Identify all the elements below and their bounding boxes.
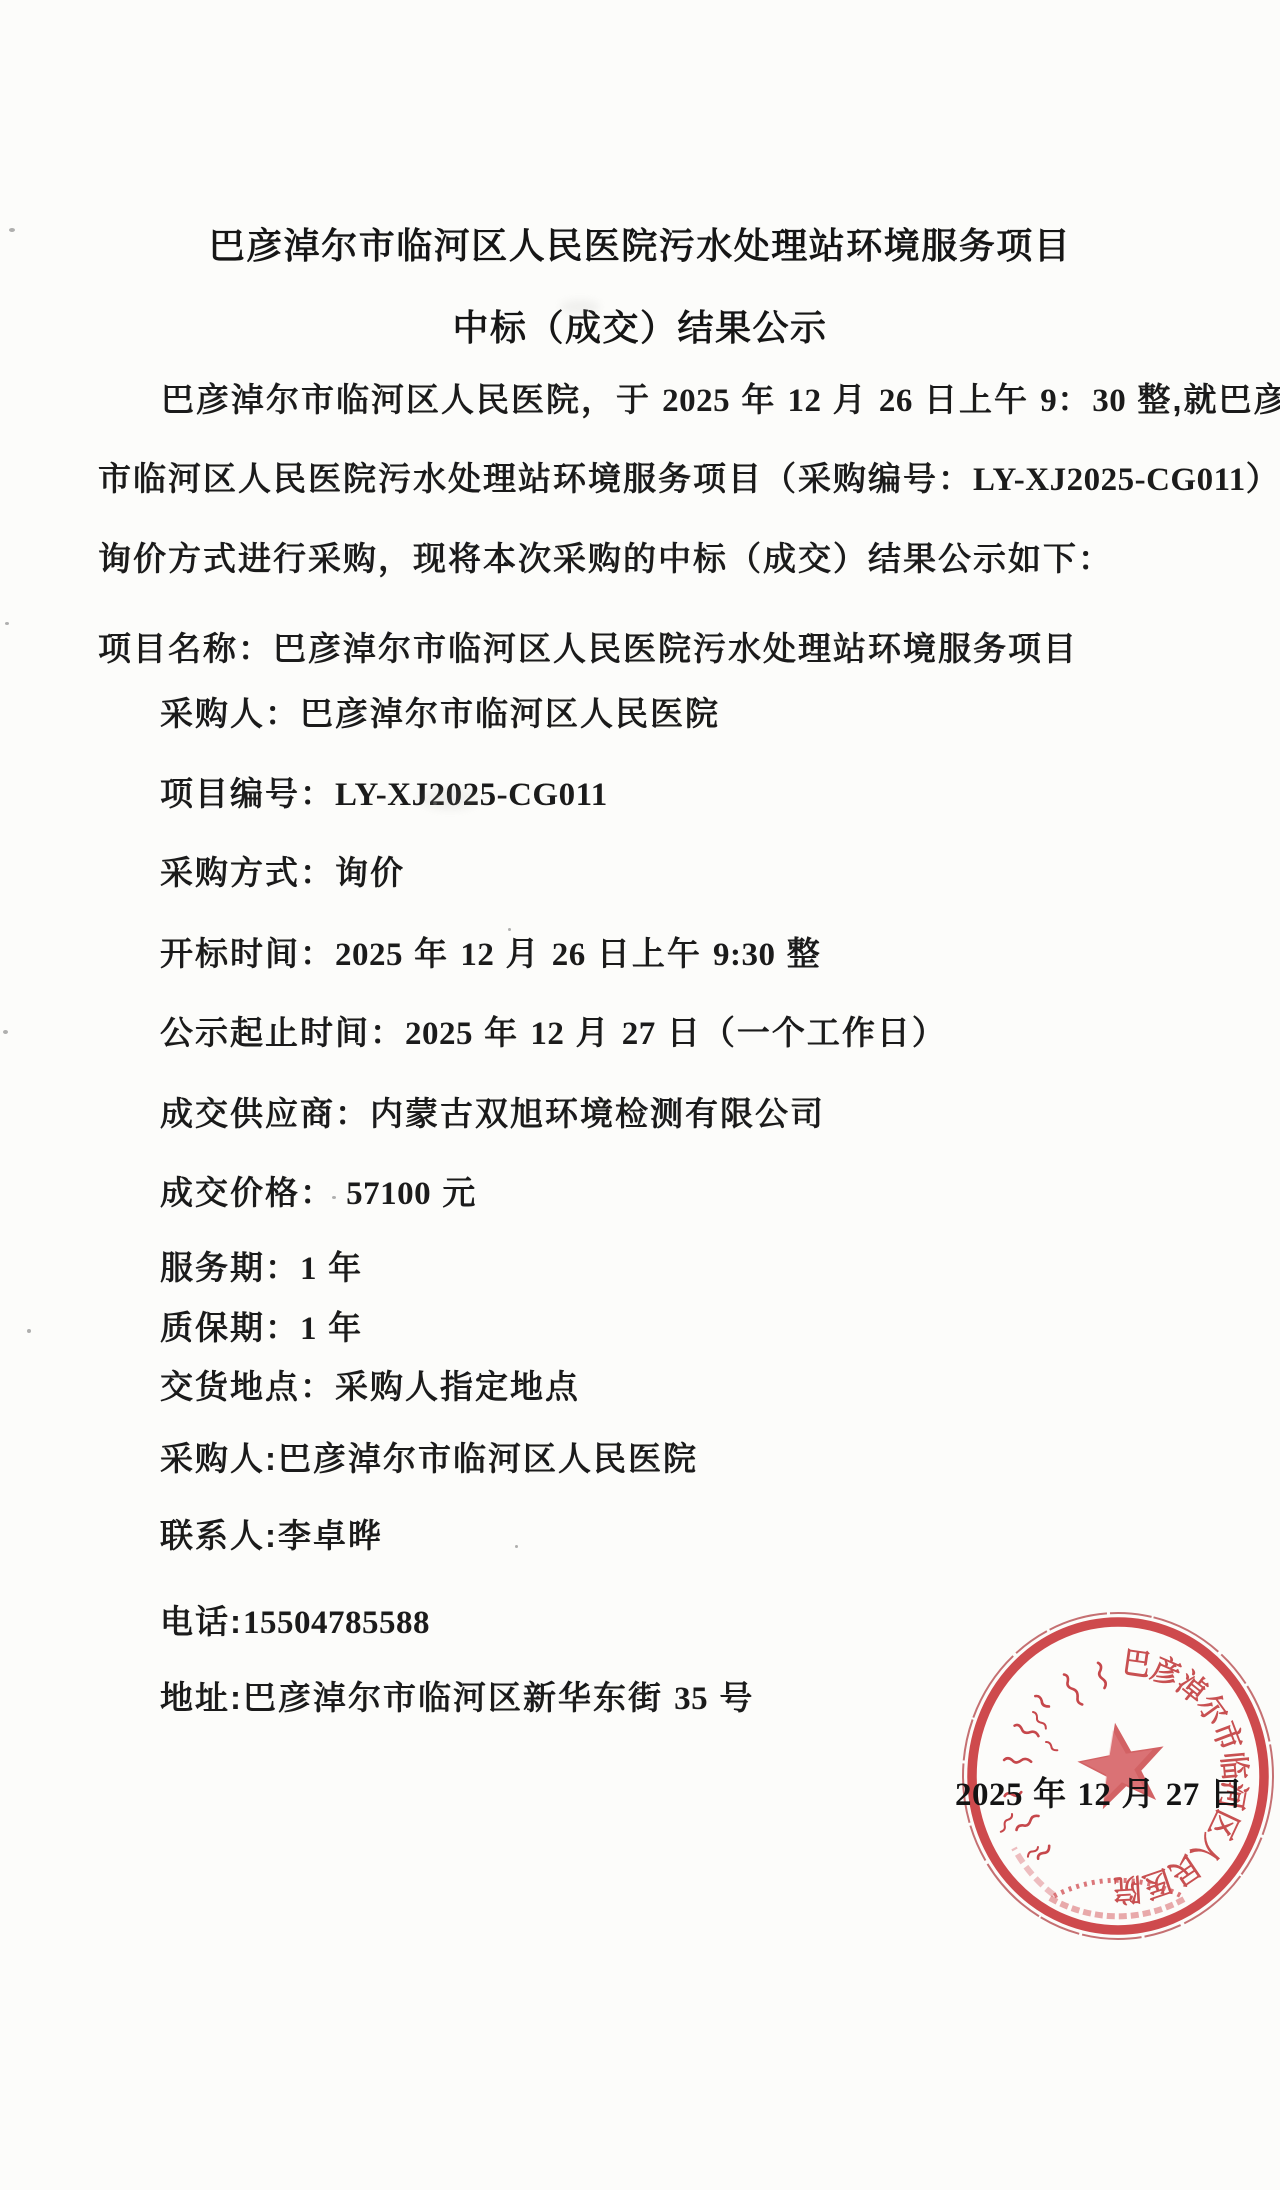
scanned-document-page: 巴彦淖尔市临河区人民医院污水处理站环境服务项目 中标（成交）结果公示 巴彦淖尔市…: [0, 0, 1280, 2190]
field-purchaser: 采购人：巴彦淖尔市临河区人民医院: [160, 695, 720, 733]
scan-speck: [515, 1545, 518, 1548]
document-date: 2025 年 12 月 27 日: [955, 1768, 1244, 1815]
field-contact-person: 联系人:李卓晔: [160, 1517, 383, 1555]
scan-smudge: [560, 300, 600, 314]
document-title-line2: 中标（成交）结果公示: [0, 300, 1280, 351]
field-project-name: 项目名称：巴彦淖尔市临河区人民医院污水处理站环境服务项目: [98, 630, 1078, 668]
field-purchaser-repeat: 采购人:巴彦淖尔市临河区人民医院: [160, 1440, 698, 1478]
scan-speck: [508, 928, 511, 931]
field-delivery-place: 交货地点：采购人指定地点: [160, 1368, 580, 1406]
scan-speck: [3, 1030, 8, 1034]
scan-smudge: [420, 788, 480, 810]
scan-speck: [5, 622, 9, 625]
field-winning-supplier: 成交供应商：内蒙古双旭环境检测有限公司: [160, 1095, 825, 1133]
paragraph-line-2: 市临河区人民医院污水处理站环境服务项目（采购编号：LY-XJ2025-CG011…: [98, 460, 1280, 500]
field-project-number: 项目编号：LY-XJ2025-CG011: [160, 775, 608, 815]
field-procurement-method: 采购方式：询价: [160, 854, 405, 892]
field-warranty-period: 质保期：1 年: [160, 1309, 363, 1349]
field-phone: 电话:15504785588: [160, 1603, 430, 1643]
field-deal-price: 成交价格： 57100 元: [160, 1174, 477, 1214]
field-publicity-period: 公示起止时间：2025 年 12 月 27 日（一个工作日）: [160, 1014, 947, 1054]
scan-speck: [9, 228, 15, 232]
field-service-period: 服务期：1 年: [160, 1249, 363, 1289]
field-bid-opening-time: 开标时间：2025 年 12 月 26 日上午 9:30 整: [160, 935, 822, 975]
paragraph-line-1: 巴彦淖尔市临河区人民医院，于 2025 年 12 月 26 日上午 9：30 整…: [161, 381, 1280, 421]
field-address: 地址:巴彦淖尔市临河区新华东街 35 号: [160, 1679, 754, 1719]
scan-speck: [332, 1196, 336, 1199]
document-title-line1: 巴彦淖尔市临河区人民医院污水处理站环境服务项目: [0, 218, 1280, 269]
paragraph-line-3: 询价方式进行采购，现将本次采购的中标（成交）结果公示如下：: [98, 540, 1113, 578]
scan-speck: [27, 1329, 31, 1333]
